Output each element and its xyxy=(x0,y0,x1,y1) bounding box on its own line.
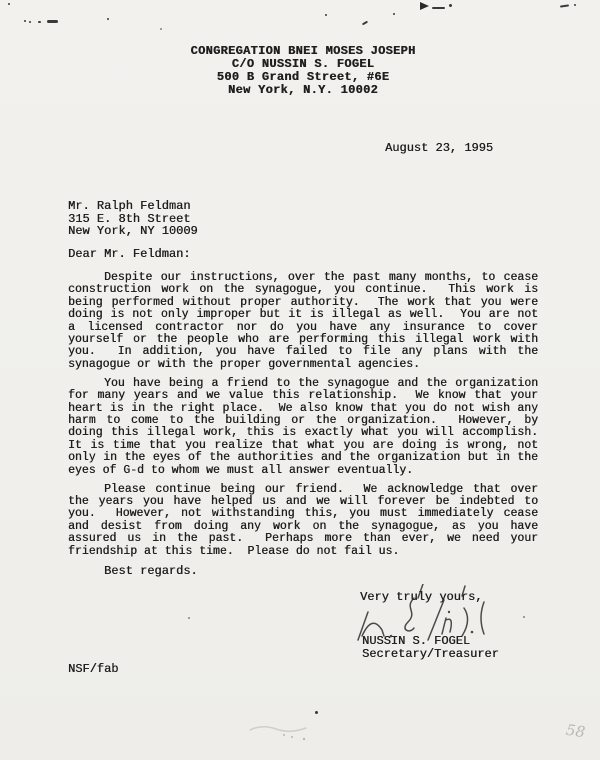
scan-slash xyxy=(362,21,368,26)
scan-speck xyxy=(315,711,318,714)
scan-speck xyxy=(393,13,395,15)
scan-speck xyxy=(449,4,452,7)
body-line: for many years and we value this relatio… xyxy=(68,390,538,402)
scan-speck xyxy=(107,18,109,20)
body-line: friendship at this time. Please do not f… xyxy=(68,546,538,558)
scan-dash xyxy=(47,20,58,23)
signer-block: NUSSIN S. FOGEL Secretary/Treasurer xyxy=(362,635,499,660)
recipient-address: Mr. Ralph Feldman 315 E. 8th Street New … xyxy=(68,200,198,238)
recipient-name: Mr. Ralph Feldman xyxy=(68,200,198,213)
body-paragraph: You have being a friend to the synagogue… xyxy=(68,378,538,477)
body-line: you. However, not withstanding this, you… xyxy=(68,508,538,520)
scan-arrow-mark xyxy=(420,2,429,10)
recipient-city: New York, NY 10009 xyxy=(68,225,198,238)
reference-initials: NSF/fab xyxy=(68,662,118,676)
closing-informal: Best regards. xyxy=(104,564,198,578)
body-line: synagogue or with the proper governmenta… xyxy=(68,359,538,371)
scan-smudge xyxy=(248,722,318,742)
scan-speck xyxy=(523,616,525,618)
letterhead-city: New York, N.Y. 10002 xyxy=(0,84,600,97)
signer-title: Secretary/Treasurer xyxy=(362,648,499,661)
signer-name: NUSSIN S. FOGEL xyxy=(362,635,499,648)
scan-speck xyxy=(325,14,327,16)
scan-speck xyxy=(160,28,162,30)
scanned-letter-page: CONGREGATION BNEI MOSES JOSEPH C/O NUSSI… xyxy=(0,0,600,760)
body-paragraph: Despite our instructions, over the past … xyxy=(68,272,538,371)
pencil-page-number: 58 xyxy=(565,721,586,741)
body-line: eyes of G-d to whom we must all answer e… xyxy=(68,465,538,477)
letterhead: CONGREGATION BNEI MOSES JOSEPH C/O NUSSI… xyxy=(0,45,600,97)
scan-speck xyxy=(574,4,576,6)
scan-speck xyxy=(188,617,190,619)
letter-date: August 23, 1995 xyxy=(385,141,493,155)
body-line: doing this illegal work, this is exactly… xyxy=(68,427,538,439)
body-paragraph: Please continue being our friend. We ack… xyxy=(68,484,538,558)
scan-speck xyxy=(29,21,31,23)
body-line: only in the eyes of the authorities and … xyxy=(68,452,538,464)
scan-speck xyxy=(38,21,41,23)
scan-speck xyxy=(24,20,26,22)
body-line: doing is not only improper but it is ill… xyxy=(68,309,538,321)
scan-dash xyxy=(432,7,445,9)
salutation: Dear Mr. Feldman: xyxy=(68,247,190,261)
scan-speck xyxy=(8,3,10,5)
body-line: assured us in the past. Perhaps more tha… xyxy=(68,533,538,545)
letter-body: Despite our instructions, over the past … xyxy=(68,272,538,564)
body-line: construction work on the synagogue, you … xyxy=(68,284,538,296)
body-line: you. In addition, you have failed to fil… xyxy=(68,346,538,358)
scan-dash xyxy=(560,4,569,7)
